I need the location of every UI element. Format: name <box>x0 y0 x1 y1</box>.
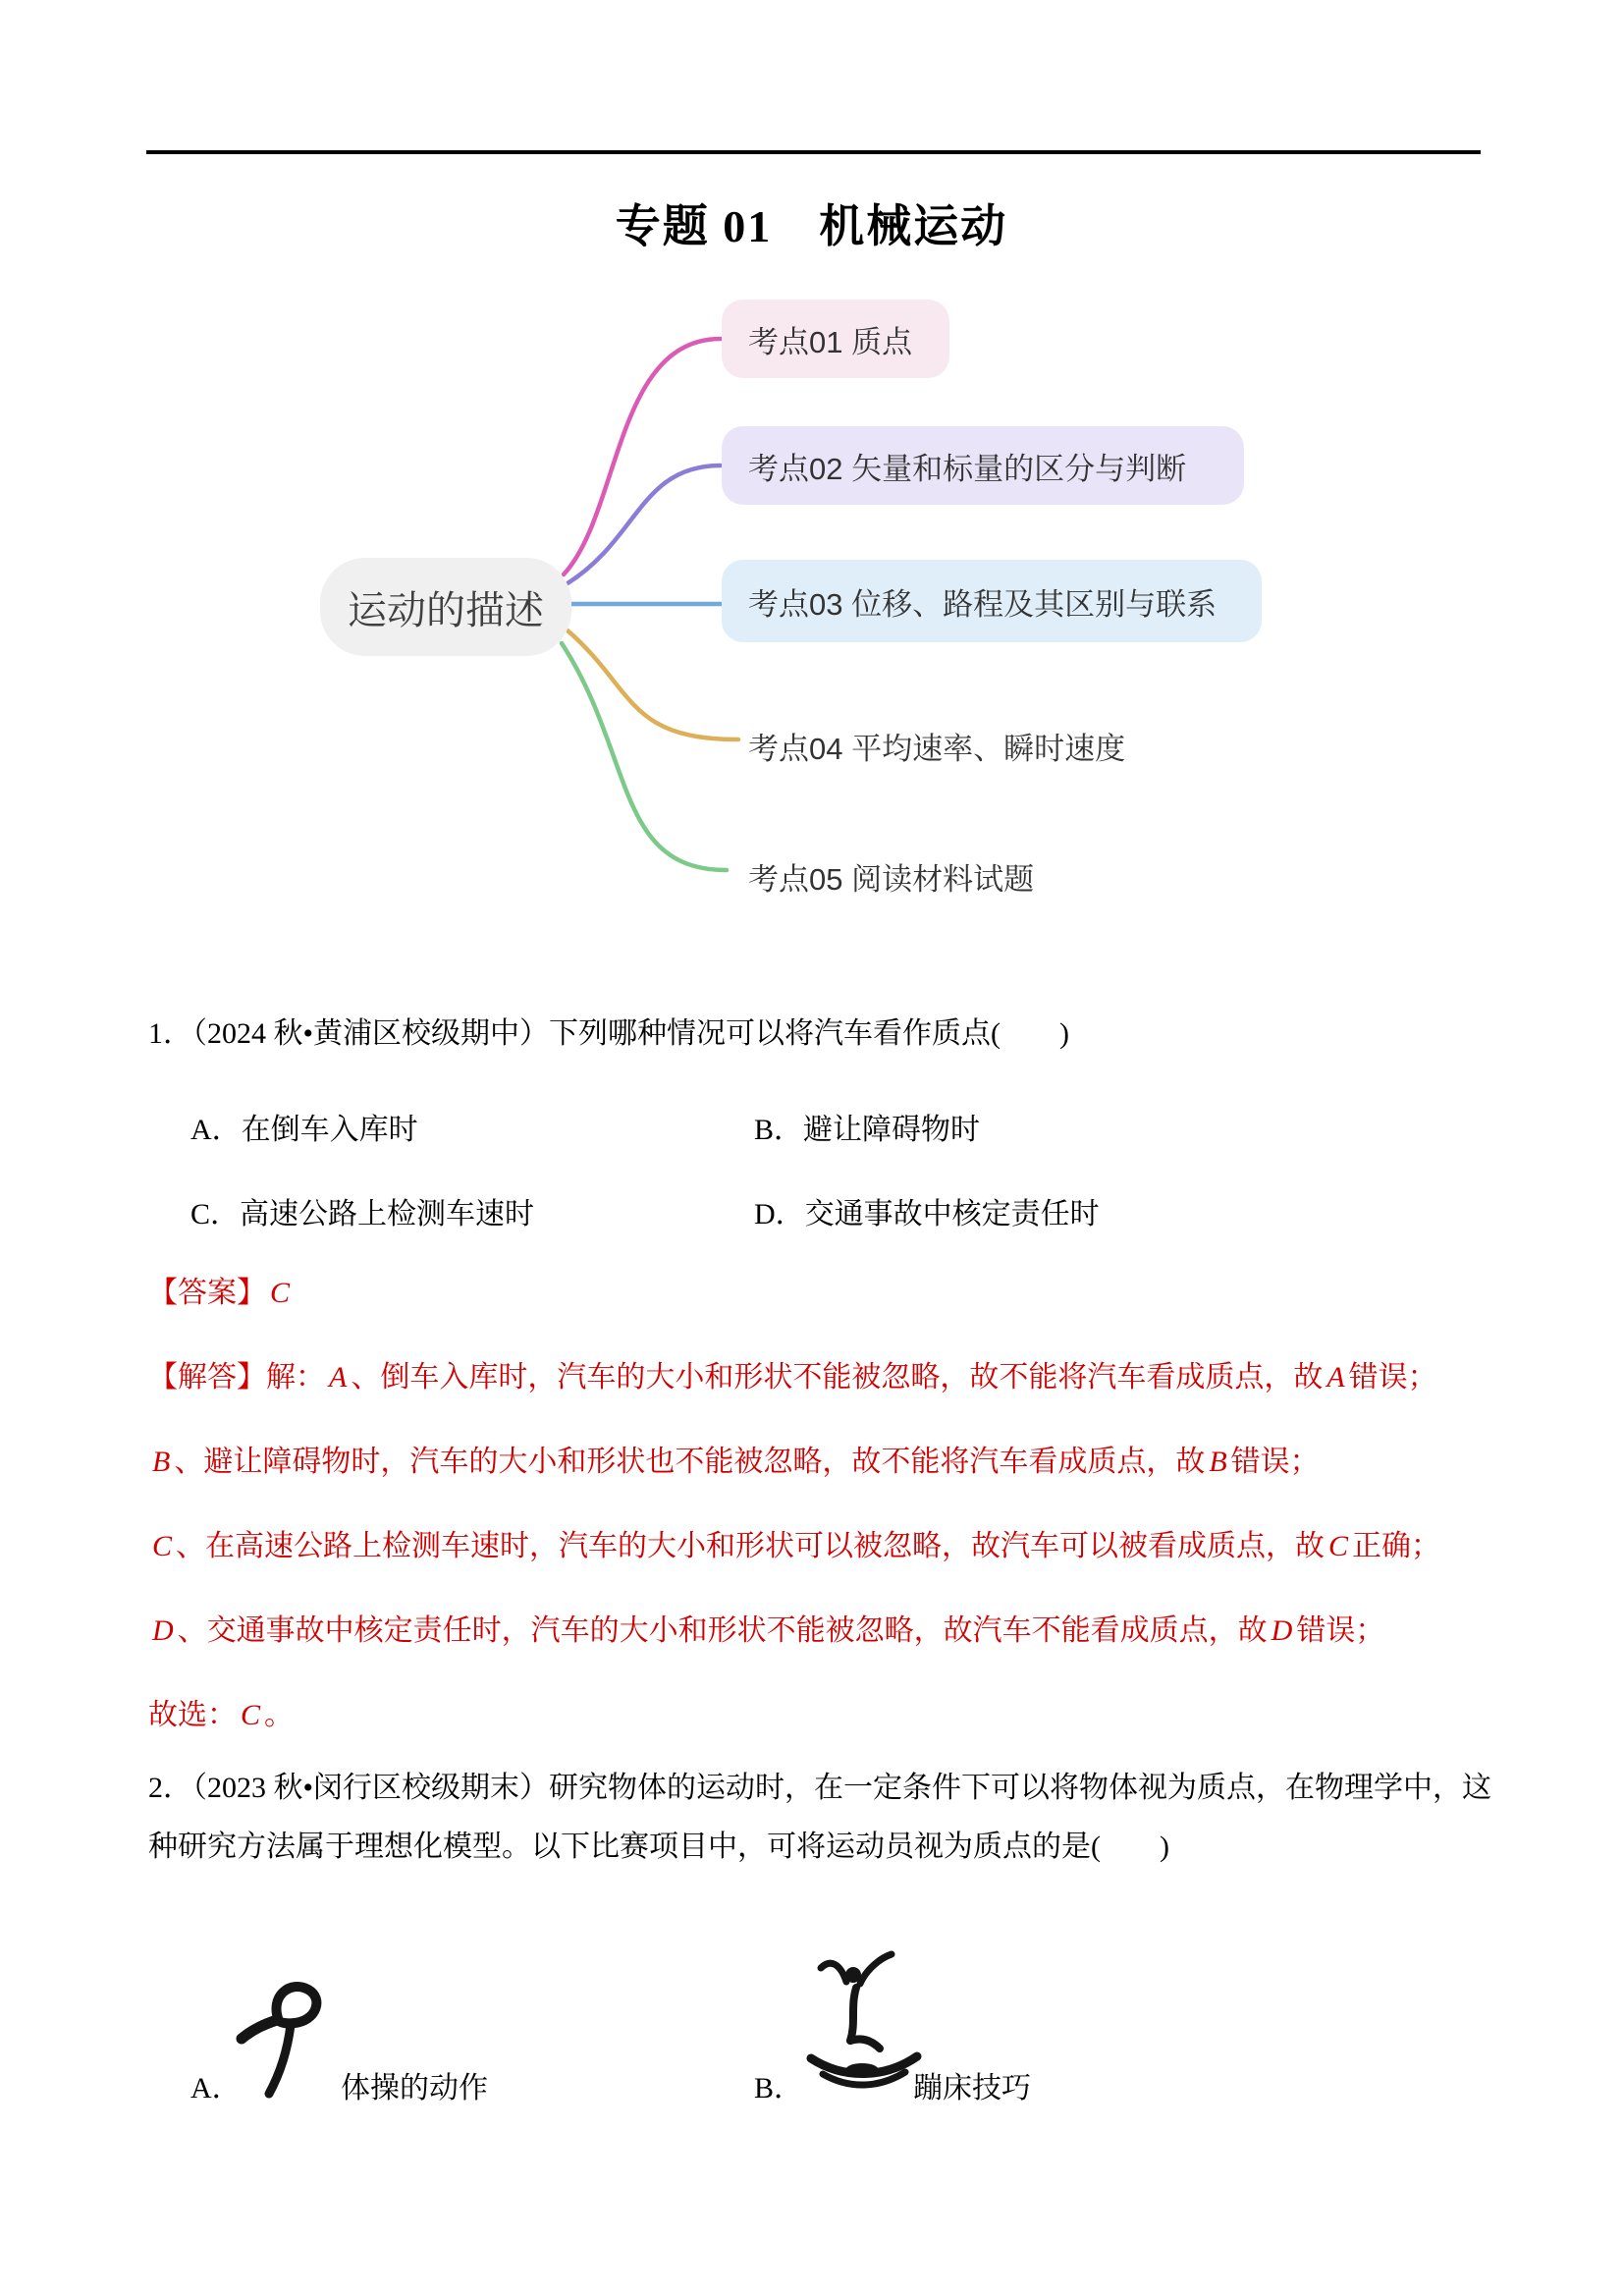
page-title: 专题 01 机械运动 <box>0 191 1623 255</box>
branch-2 <box>568 465 721 583</box>
question-2-stem-line2: 种研究方法属于理想化模型。以下比赛项目中，可将运动员视为质点的是( ) <box>148 1832 1169 1862</box>
trampoline-figure <box>805 1950 923 2098</box>
question-1-stem: 1．（2024 秋•黄浦区校级期中）下列哪种情况可以将汽车看作质点( ) <box>148 1019 1069 1049</box>
option-label: B． <box>754 1114 803 1146</box>
mindmap-node-kaodian02: 考点02 矢量和标量的区分与判断 <box>722 426 1244 505</box>
answer-line: 【答案】C <box>148 1279 294 1308</box>
mindmap-node-label: 考点02 矢量和标量的区分与判断 <box>748 444 1186 488</box>
option-label: C． <box>190 1198 240 1230</box>
question-2-stem-line1: 2．（2023 秋•闵行区校级期末）研究物体的运动时，在一定条件下可以将物体视为… <box>148 1774 1491 1803</box>
option-label: A． <box>190 1114 242 1146</box>
question-1-option-a: A．在倒车入库时 <box>190 1116 418 1145</box>
mindmap-node-kaodian03: 考点03 位移、路程及其区别与联系 <box>722 560 1262 642</box>
mindmap-node-label: 考点05 阅读材料试题 <box>748 854 1034 899</box>
explain-label: 【解答】 <box>148 1361 266 1394</box>
question-2-number: 2． <box>148 1772 192 1804</box>
explanation-line-b: B、避让障碍物时，汽车的大小和形状也不能被忽略，故不能将汽车看成质点，故B错误； <box>148 1448 1320 1477</box>
mindmap-node-kaodian05: 考点05 阅读材料试题 <box>748 854 1034 899</box>
conclusion-letter: C <box>237 1699 264 1731</box>
mindmap-node-label: 考点04 平均速率、瞬时速度 <box>748 724 1125 768</box>
question-2-option-b-caption: 蹦床技巧 <box>913 2074 1031 2104</box>
mindmap-root-label: 运动的描述 <box>348 579 544 635</box>
mindmap-node-label: 考点01 质点 <box>748 317 912 361</box>
worksheet-page: 专题 01 机械运动 运动的描述 考点01 质点 考点02 矢量和标量的区分与判… <box>0 0 1623 2296</box>
question-1-option-d: D．交通事故中核定责任时 <box>754 1200 1100 1230</box>
mindmap-node-label: 考点03 位移、路程及其区别与联系 <box>748 579 1217 624</box>
mindmap-root-node: 运动的描述 <box>320 558 571 656</box>
question-2-option-a-caption: 体操的动作 <box>341 2074 488 2104</box>
top-horizontal-rule <box>146 150 1481 154</box>
branch-1 <box>564 339 721 574</box>
question-1-option-c: C．高速公路上检测车速时 <box>190 1200 534 1230</box>
question-1-number: 1． <box>148 1017 192 1050</box>
mindmap-node-kaodian04: 考点04 平均速率、瞬时速度 <box>748 724 1125 768</box>
answer-letter: C <box>266 1277 294 1309</box>
explanation-line-d: D、交通事故中核定责任时，汽车的大小和形状不能被忽略，故汽车不能看成质点，故D错… <box>148 1616 1384 1646</box>
mindmap-node-kaodian01: 考点01 质点 <box>722 300 949 378</box>
question-1-option-b: B．避让障碍物时 <box>754 1116 980 1145</box>
option-label: D． <box>754 1198 805 1230</box>
branch-5 <box>562 643 727 870</box>
explanation-line-a: 【解答】解：A、倒车入库时，汽车的大小和形状不能被忽略，故不能将汽车看成质点，故… <box>148 1363 1437 1393</box>
answer-label: 【答案】 <box>148 1277 266 1309</box>
explanation-line-c: C、在高速公路上检测车速时，汽车的大小和形状可以被忽略，故汽车可以被看成质点，故… <box>148 1532 1440 1561</box>
gymnast-figure <box>234 1980 332 2100</box>
question-2-option-b-label: B． <box>754 2074 803 2104</box>
conclusion-line: 故选：C。 <box>148 1701 294 1730</box>
branch-4 <box>568 630 738 739</box>
